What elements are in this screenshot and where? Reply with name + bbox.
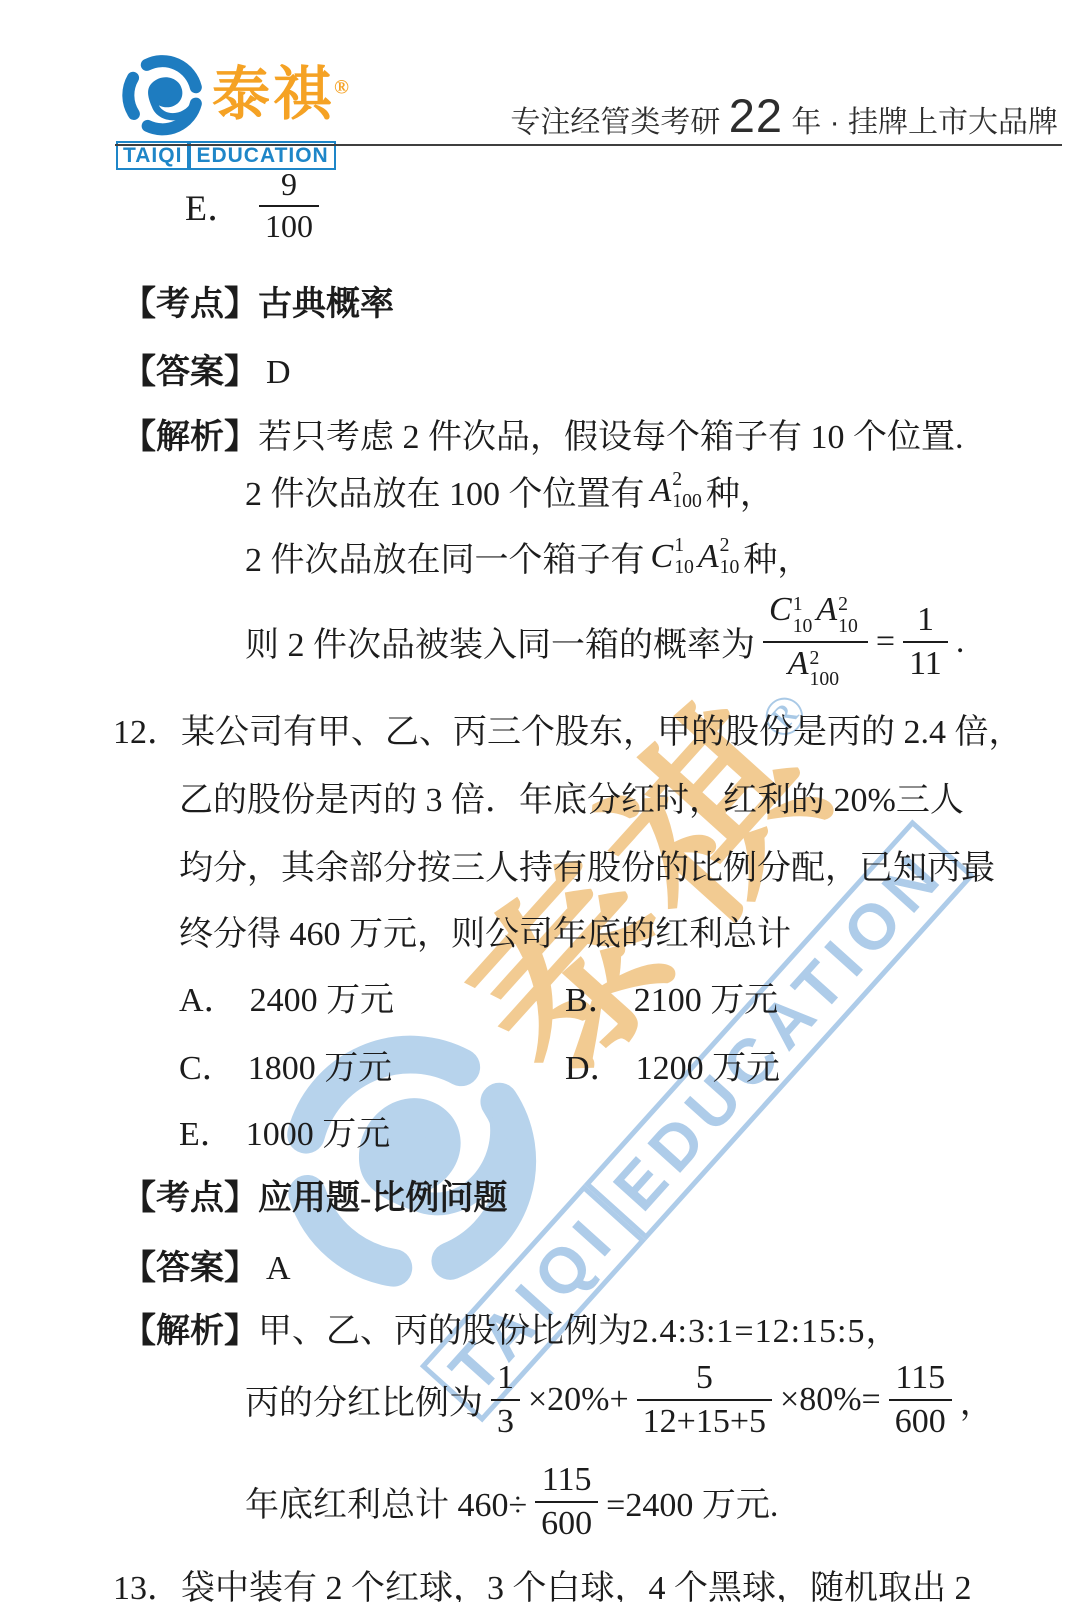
solution-2-line-2: 丙的分红比例为 1 3 ×20%+ 5 12+15+5 ×80%= 115 60…	[245, 1360, 994, 1439]
tagline-prefix: 专注经管类考研	[510, 106, 728, 139]
solution-2-line-3: 年底红利总计 460÷ 115 600 =2400 万元.	[245, 1462, 778, 1541]
solution-tag: 【解析】	[122, 1313, 258, 1350]
fraction-numerator: 1	[491, 1360, 520, 1401]
option-c: C．1800 万元	[179, 1040, 392, 1089]
solution-text: 丙的分红比例为	[245, 1375, 483, 1424]
question-number: 13．	[113, 1570, 181, 1602]
answer-row: 【答案】D	[122, 344, 291, 393]
option-text: 2400 万元	[250, 982, 395, 1019]
fraction-115-600: 115 600	[535, 1462, 598, 1541]
option-b: B．2100 万元	[565, 972, 778, 1021]
brand-name-cn: 泰祺®	[212, 66, 349, 124]
answer-row-2: 【答案】A	[122, 1240, 291, 1289]
fraction-numerator: 1	[903, 602, 948, 643]
equals-sign: =	[876, 623, 895, 661]
superscript: 2	[810, 648, 840, 670]
math-operator: ×80%=	[780, 1381, 881, 1419]
math-scripts: 110	[674, 535, 694, 578]
taiqi-logo: 泰祺® TAIQI EDUCATION	[116, 52, 349, 170]
fraction-denominator: 3	[491, 1401, 520, 1440]
exam-point-tag: 【考点】	[122, 286, 258, 323]
math-variable-C: C	[651, 538, 674, 576]
option-text: 1000 万元	[246, 1116, 391, 1153]
solution-text: 种，	[743, 532, 811, 581]
solution-line-2: 2 件次品放在 100 个位置有 A2100 种，	[245, 466, 774, 515]
result-fraction: 1 11	[903, 602, 948, 681]
subscript: 10	[674, 557, 694, 579]
option-e: E．1000 万元	[179, 1106, 390, 1155]
comma: ，	[960, 1375, 994, 1424]
stem-text: 乙的股份是丙的 3 倍．年底分红时，红利的 20%三人	[179, 782, 964, 819]
solution-text: =2400 万元.	[606, 1477, 778, 1526]
question-12-stem-line-4: 终分得 460 万元，则公司年底的红利总计	[179, 906, 791, 955]
fraction-numerator: 115	[535, 1462, 598, 1503]
math-variable-A: A	[698, 538, 719, 576]
question-number: 12．	[113, 714, 181, 751]
fraction-denominator: A2100	[763, 643, 868, 692]
solution-text: 2 件次品放在 100 个位置有	[245, 466, 645, 515]
fraction-numerator: 9	[259, 168, 319, 207]
solution-line-3: 2 件次品放在同一个箱子有 C110 A210 种，	[245, 532, 811, 581]
ratio-formula: 2.4:3:1=12:15:5	[632, 1313, 865, 1350]
exam-point-text: 古典概率	[258, 286, 394, 323]
math-scripts: 110	[793, 594, 813, 637]
question-12-stem-line-3: 均分，其余部分按三人持有股份的比例分配，已知丙最	[179, 840, 995, 889]
fraction-numerator: 5	[637, 1360, 772, 1401]
stem-text: 某公司有甲、乙、丙三个股东，甲的股份是丙的 2.4 倍，	[181, 714, 1023, 751]
answer-value: A	[266, 1250, 291, 1287]
fraction-denominator: 600	[889, 1401, 952, 1440]
option-label: E．	[179, 1116, 234, 1153]
superscript: 2	[720, 535, 740, 557]
tagline-suffix: 年 · 挂牌上市大品牌	[783, 106, 1058, 139]
option-text: 1800 万元	[248, 1050, 393, 1087]
header-divider	[115, 144, 1062, 146]
document-page: 泰祺® TAIQI EDUCATION 泰祺® TAIQI EDUCATION …	[0, 0, 1080, 1602]
option-a: A．2400 万元	[179, 972, 394, 1021]
header-tagline: 专注经管类考研 22 年 · 挂牌上市大品牌	[510, 88, 1058, 143]
option-label: B．	[565, 982, 622, 1019]
answer-tag: 【答案】	[122, 354, 258, 391]
option-e-label: E．	[185, 180, 243, 231]
fraction-1-3: 1 3	[491, 1360, 520, 1439]
math-scripts: 210	[720, 535, 740, 578]
comma: ，	[865, 1313, 899, 1350]
fraction-denominator: 11	[903, 643, 948, 682]
fraction-denominator: 12+15+5	[637, 1401, 772, 1440]
option-text: 1200 万元	[636, 1050, 781, 1087]
probability-fraction: C110A210 A2100	[763, 592, 868, 691]
option-e-row: E． 9 100	[185, 168, 327, 243]
solution-text: 则 2 件次品被装入同一箱的概率为	[245, 617, 755, 666]
superscript: 2	[672, 469, 702, 491]
option-text: 2100 万元	[634, 982, 779, 1019]
stem-text: 均分，其余部分按三人持有股份的比例分配，已知丙最	[179, 850, 995, 887]
stem-text: 终分得 460 万元，则公司年底的红利总计	[179, 916, 791, 953]
exam-point-row: 【考点】古典概率	[122, 276, 394, 325]
math-variable-A: A	[788, 645, 809, 682]
math-variable-C: C	[769, 591, 792, 628]
registered-mark-icon: ®	[334, 77, 349, 99]
fraction-115-600: 115 600	[889, 1360, 952, 1439]
fraction-denominator: 600	[535, 1503, 598, 1542]
period: .	[956, 623, 965, 661]
subscript: 10	[720, 557, 740, 579]
solution-text: 若只考虑 2 件次品，假设每个箱子有 10 个位置.	[258, 419, 964, 456]
superscript: 1	[793, 594, 813, 616]
answer-tag: 【答案】	[122, 1250, 258, 1287]
fraction-numerator: C110A210	[763, 592, 868, 643]
stem-text: 袋中装有 2 个红球，3 个白球，4 个黑球，随机取出 2	[181, 1570, 972, 1602]
exam-point-row-2: 【考点】应用题-比例问题	[122, 1170, 507, 1219]
math-variable-A: A	[651, 472, 672, 510]
solution-tag: 【解析】	[122, 419, 258, 456]
solution-2-line-1: 【解析】甲、乙、丙的股份比例为2.4:3:1=12:15:5，	[122, 1303, 899, 1352]
question-12-stem-line-2: 乙的股份是丙的 3 倍．年底分红时，红利的 20%三人	[179, 772, 964, 821]
exam-point-text: 应用题-比例问题	[258, 1180, 507, 1217]
option-label: A．	[179, 982, 238, 1019]
taiqi-logo-icon	[116, 52, 212, 138]
solution-text: 甲、乙、丙的股份比例为	[258, 1313, 632, 1350]
fraction-numerator: 115	[889, 1360, 952, 1401]
option-d: D．1200 万元	[565, 1040, 780, 1089]
solution-text: 年底红利总计 460÷	[245, 1477, 527, 1526]
superscript: 2	[838, 594, 858, 616]
solution-line-1: 【解析】若只考虑 2 件次品，假设每个箱子有 10 个位置.	[122, 409, 964, 458]
solution-text: 种，	[706, 466, 774, 515]
math-variable-A: A	[816, 591, 837, 628]
fraction-9-100: 9 100	[259, 168, 319, 243]
solution-line-4: 则 2 件次品被装入同一箱的概率为 C110A210 A2100 = 1 11 …	[245, 592, 964, 691]
fraction-denominator: 100	[259, 207, 319, 244]
math-scripts: 2100	[672, 469, 702, 512]
math-operator: ×20%+	[528, 1381, 629, 1419]
tagline-years: 22	[729, 89, 783, 142]
solution-text: 2 件次品放在同一个箱子有	[245, 532, 645, 581]
math-scripts: 2100	[810, 648, 840, 691]
question-12-stem-line-1: 12．某公司有甲、乙、丙三个股东，甲的股份是丙的 2.4 倍，	[113, 704, 1023, 753]
subscript: 100	[672, 491, 702, 513]
subscript: 10	[793, 616, 813, 638]
question-13-stem-line-1: 13．袋中装有 2 个红球，3 个白球，4 个黑球，随机取出 2	[113, 1560, 972, 1602]
subscript: 100	[810, 669, 840, 691]
exam-point-tag: 【考点】	[122, 1180, 258, 1217]
math-scripts: 210	[838, 594, 858, 637]
answer-value: D	[266, 354, 291, 391]
subscript: 10	[838, 616, 858, 638]
option-label: D．	[565, 1050, 624, 1087]
fraction-5-32: 5 12+15+5	[637, 1360, 772, 1439]
option-label: C．	[179, 1050, 236, 1087]
superscript: 1	[674, 535, 694, 557]
